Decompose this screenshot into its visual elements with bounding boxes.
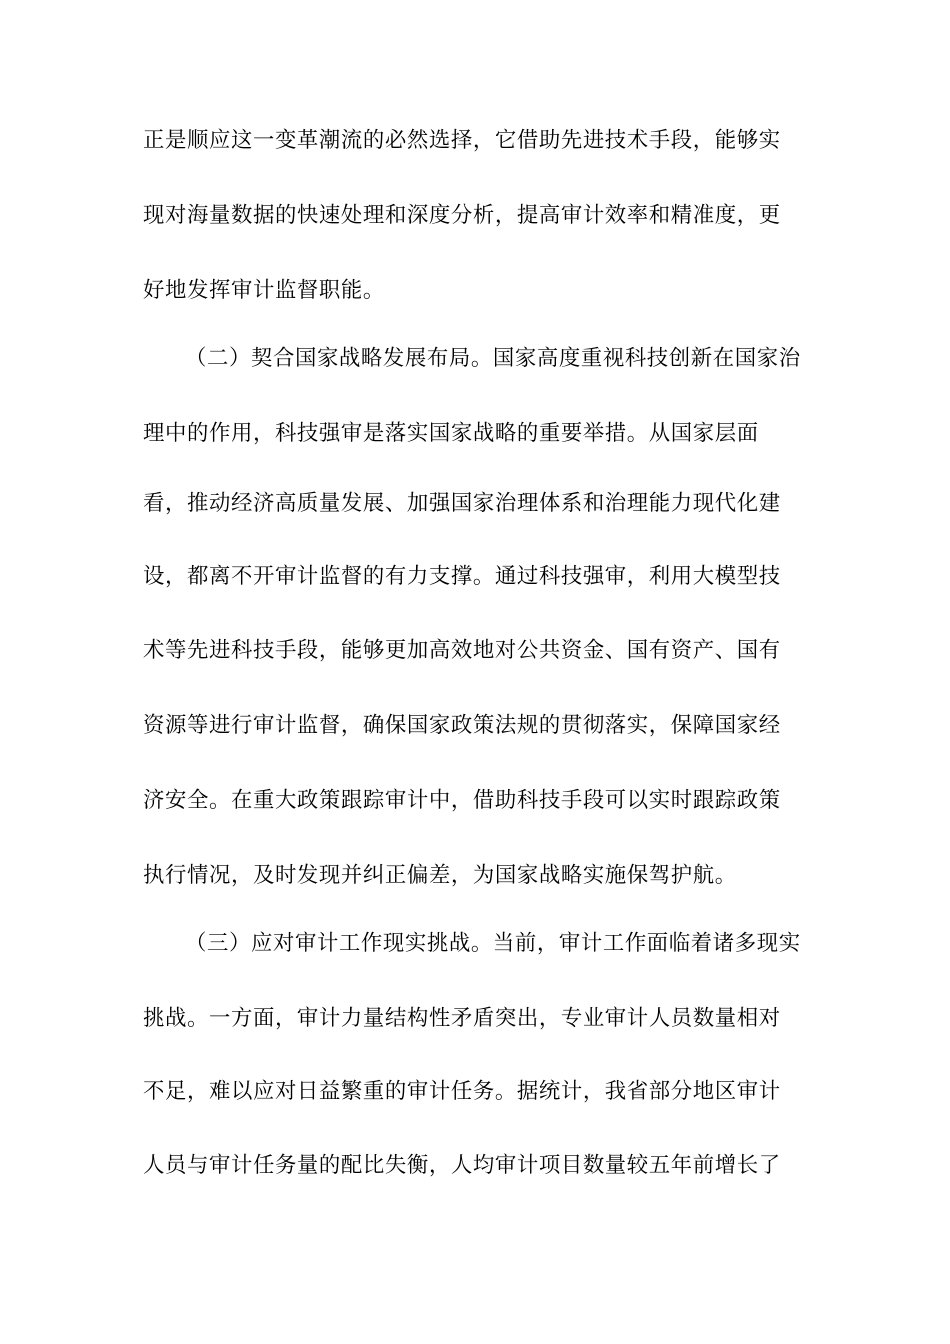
paragraph-line: 挑战。一方面，审计力量结构性矛盾突出，专业审计人员数量相对 [143,1004,813,1034]
paragraph-line: 好地发挥审计监督职能。 [143,276,813,306]
paragraph-line: 执行情况，及时发现并纠正偏差，为国家战略实施保驾护航。 [143,861,813,891]
paragraph-line: 人员与审计任务量的配比失衡，人均审计项目数量较五年前增长了 [143,1151,813,1181]
paragraph-line: 术等先进科技手段，能够更加高效地对公共资金、国有资产、国有 [143,636,813,666]
paragraph-line: 现对海量数据的快速处理和深度分析，提高审计效率和精准度，更 [143,201,813,231]
paragraph-line: 设，都离不开审计监督的有力支撑。通过科技强审，利用大模型技 [143,562,813,592]
document-page: 正是顺应这一变革潮流的必然选择，它借助先进技术手段，能够实 现对海量数据的快速处… [0,0,950,1344]
paragraph-line: 济安全。在重大政策跟踪审计中，借助科技手段可以实时跟踪政策 [143,786,813,816]
paragraph-line: 理中的作用，科技强审是落实国家战略的重要举措。从国家层面 [143,419,813,449]
paragraph-line: 看，推动经济高质量发展、加强国家治理体系和治理能力现代化建 [143,489,813,519]
section-heading-line: （二）契合国家战略发展布局。国家高度重视科技创新在国家治 [185,344,813,374]
paragraph-line: 资源等进行审计监督，确保国家政策法规的贯彻落实，保障国家经 [143,711,813,741]
paragraph-line: 正是顺应这一变革潮流的必然选择，它借助先进技术手段，能够实 [143,126,813,156]
section-heading-line: （三）应对审计工作现实挑战。当前，审计工作面临着诸多现实 [185,929,813,959]
paragraph-line: 不足，难以应对日益繁重的审计任务。据统计，我省部分地区审计 [143,1077,813,1107]
